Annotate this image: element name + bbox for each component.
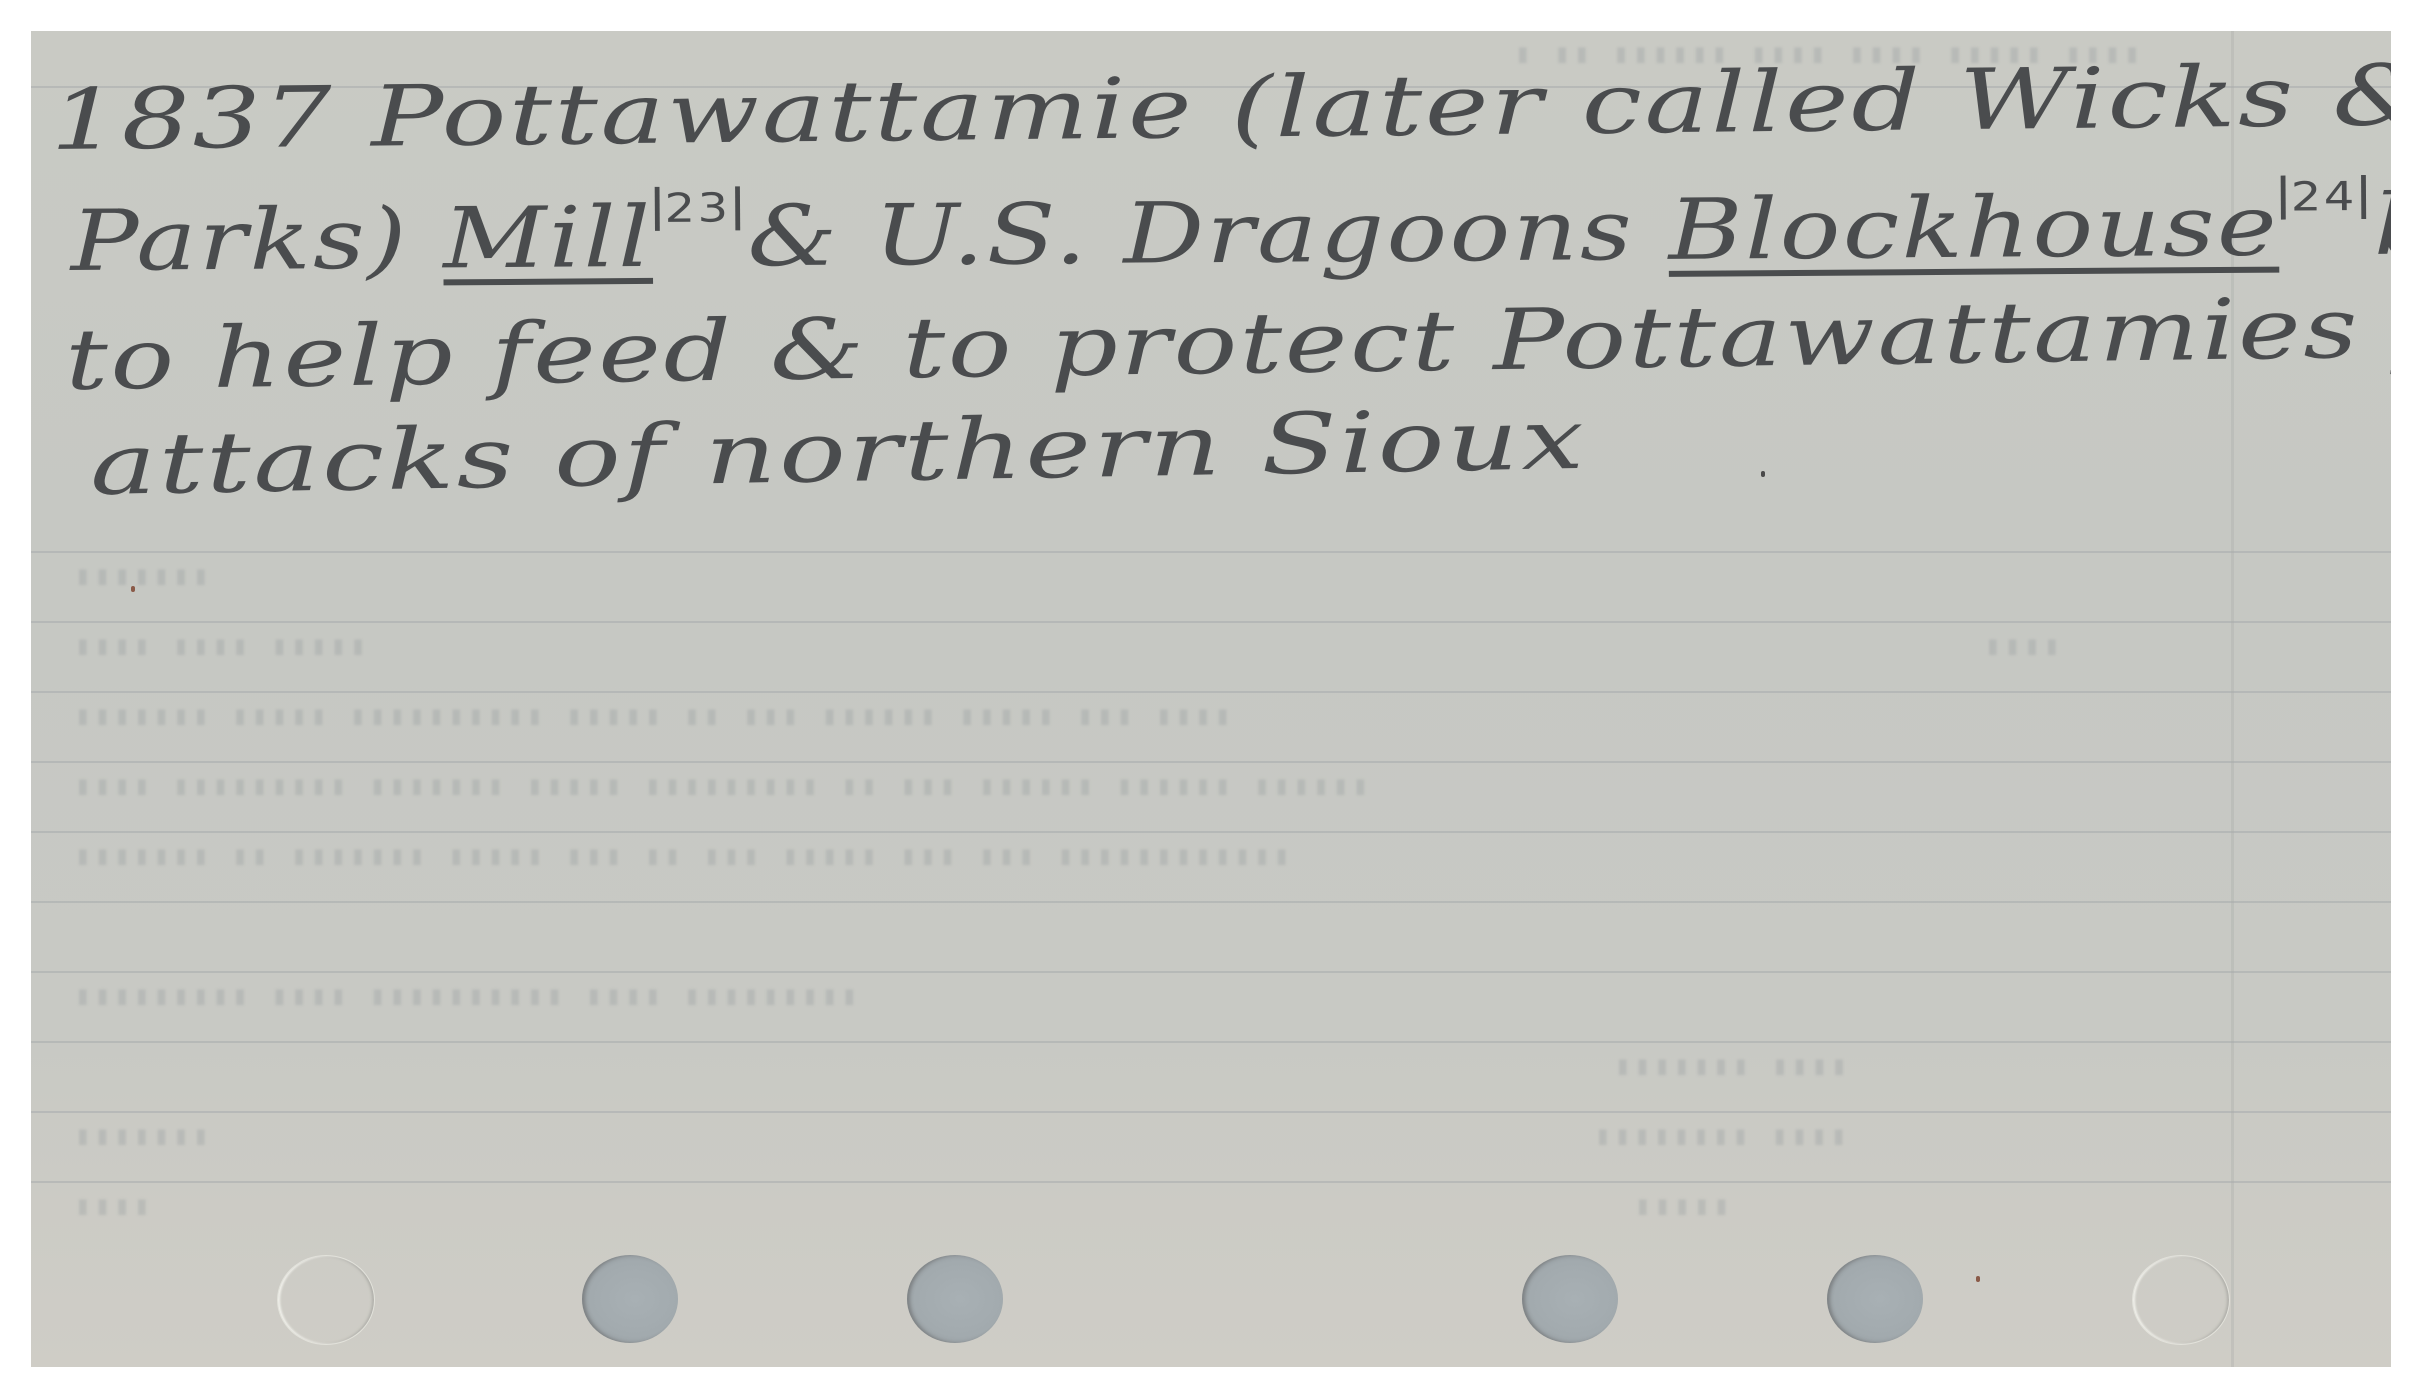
- bleed-through-row: ▮▮▮▮▮▮ ▮▮▮▮▮▮ ▮▮▮▮▮▮ ▮▮▮ ▮▮ ▮▮▮▮▮▮▮▮▮ ▮▮…: [71, 771, 1368, 801]
- punched-hole: [1827, 1255, 1923, 1343]
- form-rule-line: [31, 551, 2391, 553]
- form-rule-line: [31, 1041, 2391, 1043]
- bleed-through-row: ▮▮▮▮▮▮▮: [71, 1121, 209, 1151]
- underlined-term-mill: Mill: [443, 188, 653, 287]
- index-card: ▮▮▮▮ ▮▮▮▮▮ ▮▮▮▮ ▮▮▮▮ ▮▮▮▮▮▮ ▮▮ ▮ ▮▮▮▮▮▮▮…: [31, 31, 2391, 1367]
- underlined-term-blockhouse: Blockhouse: [1668, 177, 2279, 279]
- form-rule-line: [31, 1111, 2391, 1113]
- line2-text-b: & U.S. Dragoons: [747, 181, 1669, 285]
- punched-hole: [582, 1255, 678, 1343]
- form-rule-line: [31, 621, 2391, 623]
- form-rule-line: [31, 761, 2391, 763]
- line2-text-c: built: [2373, 174, 2391, 274]
- footnote-marker-23: 23: [655, 186, 740, 231]
- paper-speck: [1761, 471, 1765, 477]
- form-rule-line: [31, 831, 2391, 833]
- paper-speck: [131, 586, 135, 592]
- bleed-through-row: ▮▮▮▮ ▮▮▮▮▮▮▮▮: [1591, 1121, 1847, 1151]
- form-rule-line: [31, 971, 2391, 973]
- handwritten-line-4: attacks of northern Sioux: [89, 390, 1587, 514]
- line2-text-a: Parks): [70, 189, 443, 290]
- punched-hole: [907, 1255, 1003, 1343]
- footnote-marker-24: 24: [2281, 175, 2366, 220]
- handwritten-line-2: Parks) Mill23& U.S. Dragoons Blockhouse2…: [70, 173, 2391, 290]
- bleed-through-row: ▮▮▮▮▮: [1631, 1191, 1729, 1221]
- paper-speck: [1976, 1276, 1980, 1282]
- bleed-through-row: ▮▮▮▮: [71, 1191, 150, 1221]
- form-rule-line: [31, 1181, 2391, 1183]
- form-rule-line: [31, 901, 2391, 903]
- bleed-through-row: ▮▮▮▮▮▮▮▮▮▮▮▮ ▮▮▮ ▮▮▮ ▮▮▮▮▮ ▮▮▮ ▮▮ ▮▮▮ ▮▮…: [71, 841, 1290, 871]
- bleed-through-row: ▮▮▮▮ ▮▮▮ ▮▮▮▮▮ ▮▮▮▮▮▮ ▮▮▮ ▮▮ ▮▮▮▮▮ ▮▮▮▮▮…: [71, 701, 1231, 731]
- bleed-through-row: ▮▮▮▮▮▮▮: [71, 561, 209, 591]
- handwritten-line-1: 1837 Pottawattamie (later called Wicks &…: [50, 43, 2391, 169]
- line1-text: 1837 Pottawattamie (later called Wicks &…: [50, 43, 2391, 169]
- bleed-through-row: ▮▮▮▮▮▮▮▮▮ ▮▮▮▮ ▮▮▮▮▮▮▮▮▮▮ ▮▮▮▮ ▮▮▮▮▮▮▮▮▮: [71, 981, 857, 1011]
- line3-text: to help feed & to protect Pottawattamies…: [65, 275, 2391, 409]
- form-rule-line: [31, 691, 2391, 693]
- bleed-through-row: ▮▮▮▮ ▮▮▮▮▮▮▮: [1611, 1051, 1847, 1081]
- embossed-hole: [277, 1255, 375, 1345]
- bleed-through-row: ▮▮▮▮: [1981, 631, 2060, 661]
- punched-hole: [1522, 1255, 1618, 1343]
- embossed-hole: [2132, 1255, 2230, 1345]
- handwritten-line-3: to help feed & to protect Pottawattamies…: [65, 275, 2391, 409]
- bleed-through-row: ▮▮▮▮▮ ▮▮▮▮ ▮▮▮▮: [71, 631, 366, 661]
- line4-text: attacks of northern Sioux: [89, 390, 1587, 514]
